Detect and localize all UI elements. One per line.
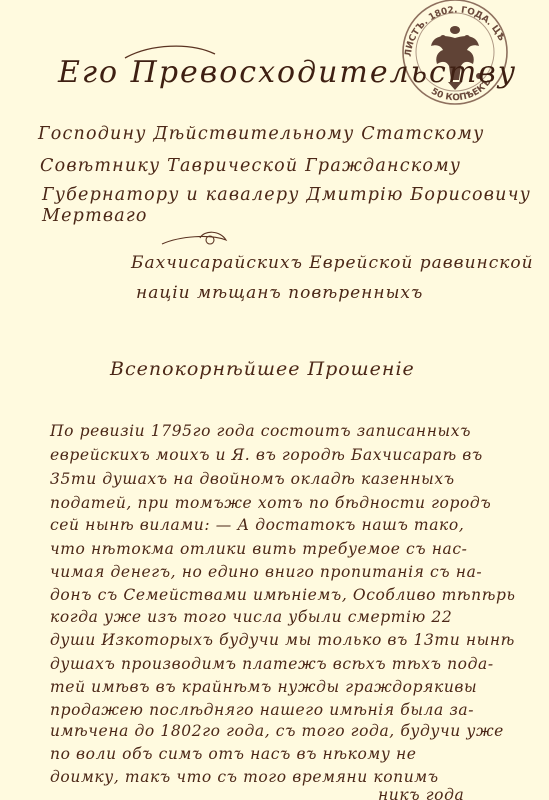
address-line-4: Мертваго [42,206,148,226]
body-line-3: 35ти душахъ на двойномъ окладѣ казенныхъ [50,470,455,488]
body-line-16: доимку, такъ что съ того времяни копимъ [50,768,439,786]
body-line-14: имѣчена до 1802го года, съ того года, бу… [50,722,504,740]
address-line-2: Совѣтнику Таврической Гражданскому [40,156,461,176]
body-line-10: души Изкоторыхъ будучи мы только въ 13ти… [50,631,515,649]
sender-line-1: Бахчисарайскихъ Еврейской раввинской [131,253,534,273]
petition-heading: Всепокорнѣйшее Прошеніе [110,358,415,380]
sender-flourish-icon [160,226,230,250]
body-line-1: По ревизіи 1795го года состоитъ записанн… [50,422,471,440]
body-line-13: продажею послѣдняго нашего имѣнія была з… [50,701,474,719]
address-line-1: Господину Дѣйствительному Статскому [38,124,485,144]
body-line-8: донъ съ Семействами имѣніемъ, Особливо т… [50,586,516,604]
title-flourish-icon [120,42,220,62]
body-line-12: тей имѣвъ въ крайнѣмъ нужды граждорякивы [50,678,477,696]
body-line-4: податей, при томъже хотъ по бѣдности гор… [50,494,491,512]
body-line-5: сей нынѣ вилами: — А достатокъ нашъ тако… [50,516,464,534]
sender-line-2: націи мѣщанъ повѣренныхъ [136,283,423,303]
body-line-7: чимая денегъ, но едино вниго пропитанія … [50,563,482,581]
body-line-15: по воли объ симъ отъ насъ въ нѣкому не [50,745,417,763]
body-line-9: когда уже изъ того числа убыли смертію 2… [50,608,452,626]
body-line-6: что нѣтокма отлики вить требуемое съ нас… [50,540,468,558]
body-line-17: никъ года [378,786,464,800]
body-line-2: еврейскихъ моихъ и Я. въ городѣ Бахчисар… [50,446,483,464]
manuscript-page: ЛИСТЪ. 1802. ГОДА. ЦѢНА 50 КОПѢЕКЪ Его П… [0,0,549,800]
body-line-11: душахъ производимъ платежъ всѣхъ тѣхъ по… [50,655,494,673]
address-line-3: Губернатору и кавалеру Дмитрію Борисович… [42,185,531,205]
